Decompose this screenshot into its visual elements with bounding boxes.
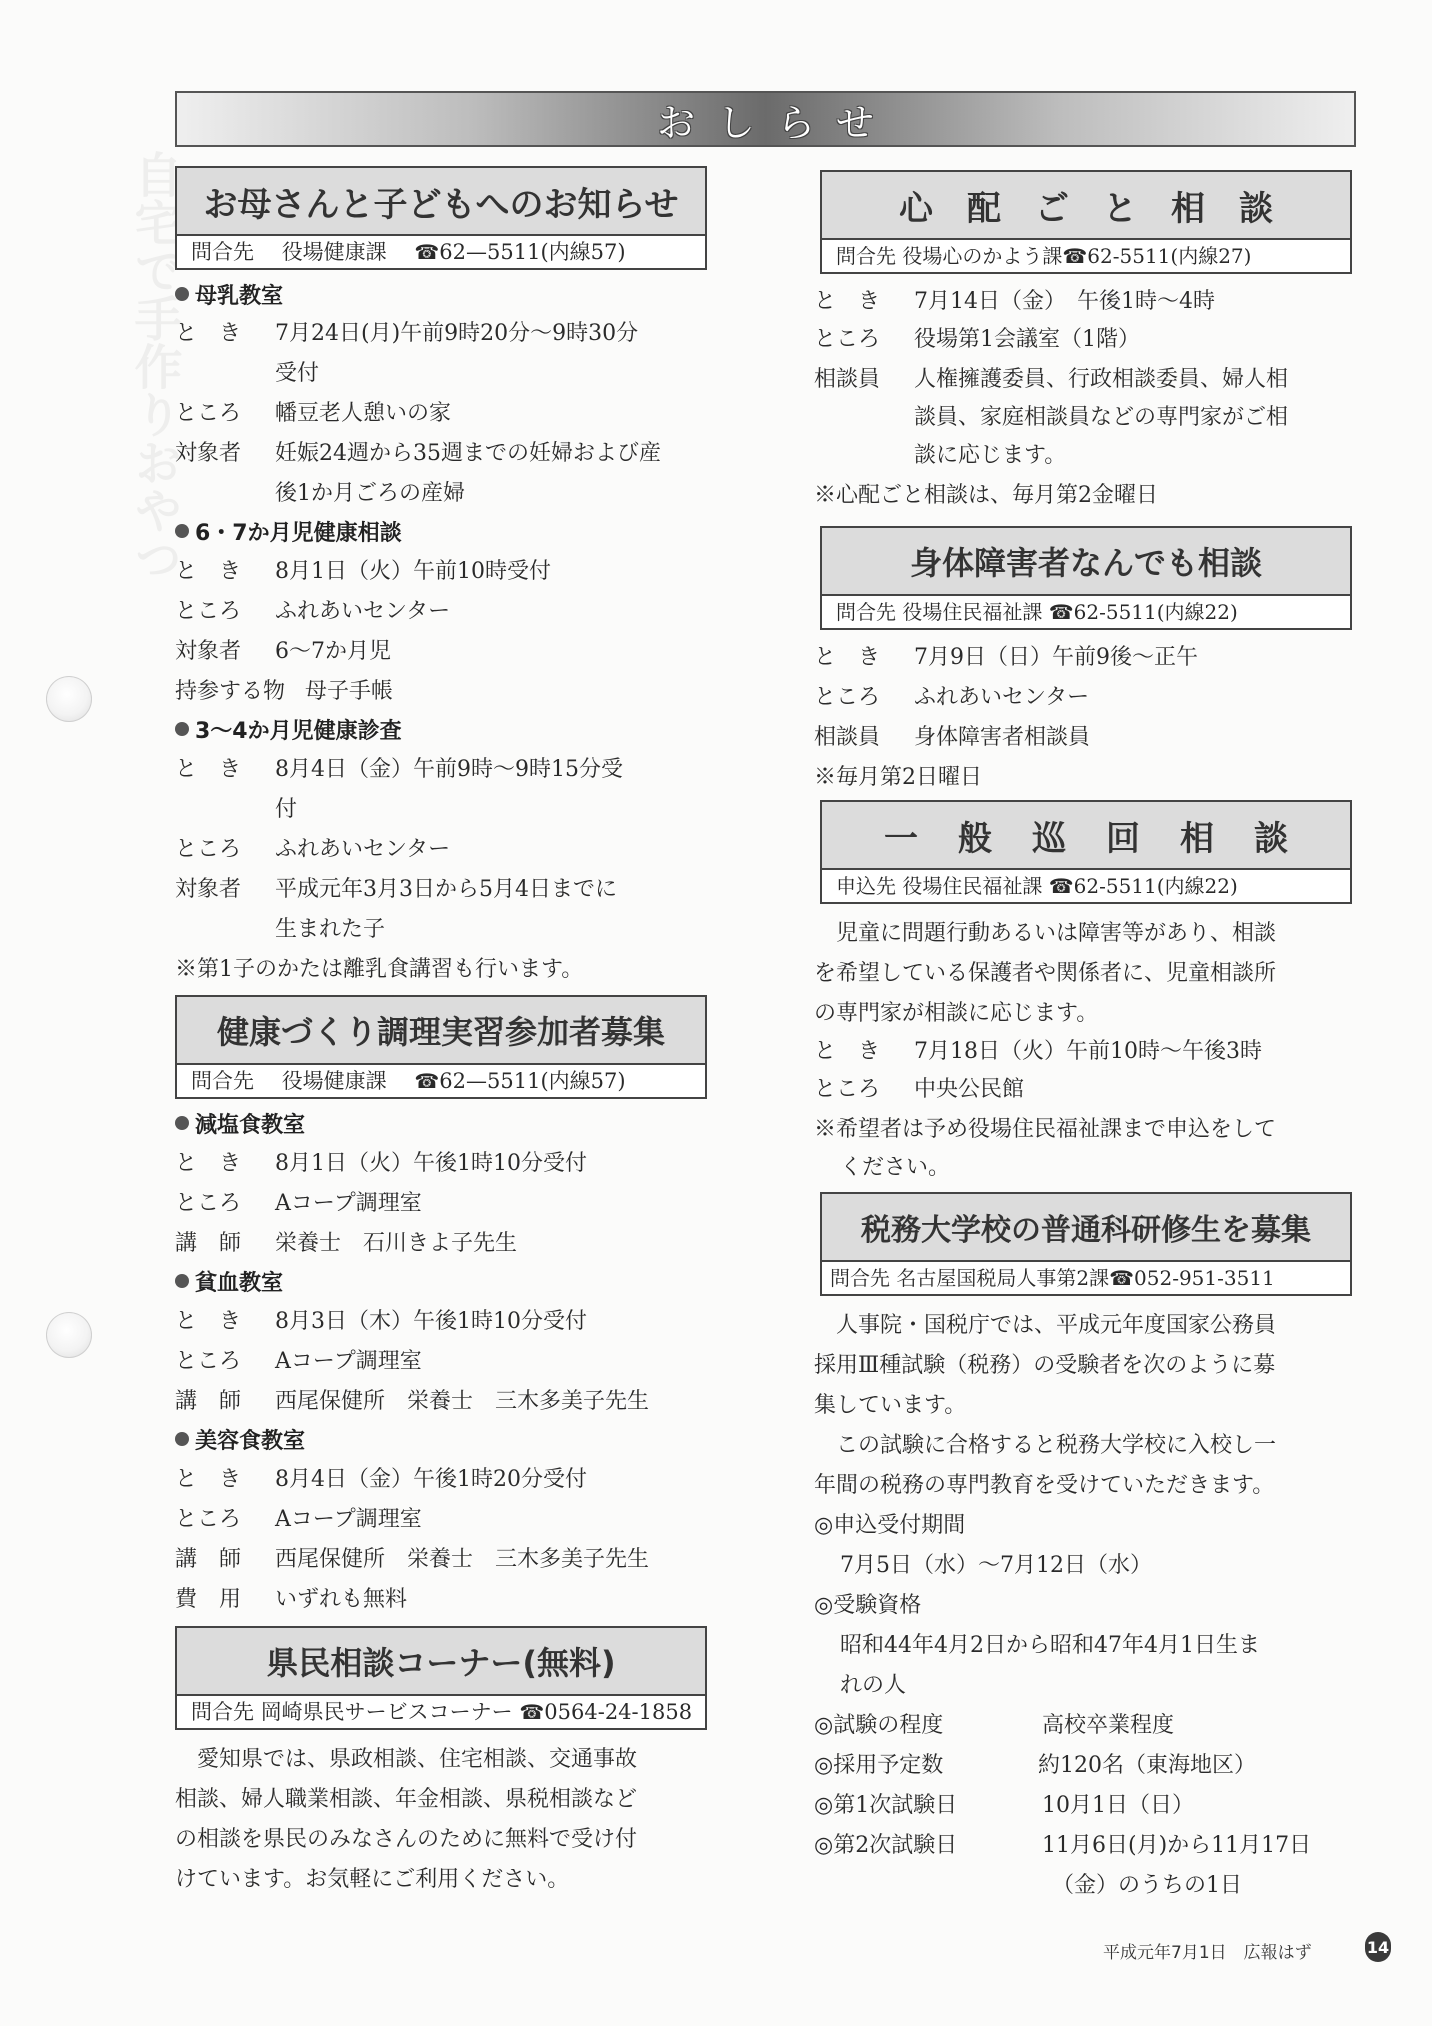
body-text: 集しています。 (814, 1392, 966, 1420)
section-title: お母さんと子どもへのお知らせ (177, 168, 705, 236)
page-number: 14 (1365, 1932, 1391, 1962)
contact-phone: 62-5511(内線27) (1087, 244, 1251, 268)
label: ところ (175, 400, 275, 428)
value: 人権擁護委員、行政相談委員、婦人相 (914, 366, 1288, 394)
contact-label: 申込先 (836, 874, 896, 898)
label: 相談員 (814, 366, 914, 394)
body-text: 児童に問題行動あるいは障害等があり、相談 (814, 920, 1276, 948)
row-when: と き8月3日（木）午後1時10分受付 (175, 1308, 587, 1336)
phone-icon: ☎ (1109, 1266, 1134, 1290)
phone-icon: ☎ (1049, 874, 1074, 898)
row-where: ところAコープ調理室 (175, 1506, 422, 1534)
row-when: と き8月4日（金）午前9時～9時15分受 (175, 756, 623, 784)
body-text: 採用Ⅲ種試験（税務）の受験者を次のように募 (814, 1352, 1275, 1380)
contact-dept: 名古屋国税局人事第2課 (896, 1266, 1109, 1290)
row-where: ところふれあいセンター (175, 836, 450, 864)
row-when: と き7月18日（火）午前10時～午後3時 (814, 1038, 1262, 1066)
label: ところ (814, 684, 914, 712)
value-continued: 談員、家庭相談員などの専門家がご相 (914, 404, 1288, 432)
value: 6～7か月児 (275, 638, 391, 666)
bullet-icon (175, 287, 189, 301)
row-fee: 費 用いずれも無料 (175, 1586, 407, 1614)
label: 講 師 (175, 1230, 275, 1258)
row-where: ところ中央公民館 (814, 1076, 1024, 1104)
value: 身体障害者相談員 (914, 724, 1090, 752)
contact-label: 問合先 (836, 244, 896, 268)
value: いずれも無料 (275, 1586, 407, 1614)
note-continued: ください。 (840, 1154, 950, 1182)
value: Aコープ調理室 (275, 1190, 422, 1218)
label: 対象者 (175, 876, 275, 904)
value: 7月14日（金） 午後1時～4時 (914, 288, 1215, 316)
note: ※第1子のかたは離乳食講習も行います。 (175, 956, 583, 984)
value: Aコープ調理室 (275, 1506, 422, 1534)
value: 約120名（東海地区） (1038, 1753, 1256, 1778)
contact-line: 問合先 役場住民福祉課 ☎62-5511(内線22) (822, 596, 1350, 628)
subheading-label: 貧血教室 (195, 1271, 283, 1296)
subheading-beauty: 美容食教室 (175, 1428, 305, 1456)
body-text: の専門家が相談に応じます。 (814, 1000, 1098, 1028)
value-continued: 談に応じます。 (914, 442, 1066, 470)
label: ◎第2次試験日 (814, 1832, 1042, 1860)
subheading-label: 6・7か月児健康相談 (195, 521, 402, 546)
contact-line: 問合先 役場健康課 ☎62—5511(内線57) (177, 236, 705, 268)
row-target: 対象者妊娠24週から35週までの妊婦および産 (175, 440, 661, 468)
row-bring: 持参する物母子手帳 (175, 678, 393, 706)
label: ところ (814, 1076, 914, 1104)
value: 栄養士 石川きよ子先生 (275, 1230, 517, 1258)
label: ところ (175, 598, 275, 626)
row-exam1: ◎第1次試験日10月1日（日） (814, 1792, 1194, 1820)
subheading-low-salt: 減塩食教室 (175, 1112, 305, 1140)
contact-phone: 62—5511(内線57) (439, 1069, 625, 1093)
item-label: ◎申込受付期間 (814, 1512, 965, 1540)
row-staff: 相談員身体障害者相談員 (814, 724, 1090, 752)
note: ※毎月第2日曜日 (814, 764, 982, 792)
phone-icon: ☎ (1062, 244, 1087, 268)
label: ところ (175, 1190, 275, 1218)
body-text: の相談を県民のみなさんのために無料で受け付 (175, 1826, 637, 1854)
item-label: ◎受験資格 (814, 1592, 921, 1620)
bullet-icon (175, 722, 189, 736)
section-header-disability: 身体障害者なんでも相談 問合先 役場住民福祉課 ☎62-5511(内線22) (820, 526, 1352, 630)
label: 費 用 (175, 1586, 275, 1614)
value: 役場第1会議室（1階） (914, 326, 1140, 354)
label: と き (175, 320, 275, 348)
row-where: ところ役場第1会議室（1階） (814, 326, 1140, 354)
value: 妊娠24週から35週までの妊婦および産 (275, 440, 661, 468)
bullet-icon (175, 524, 189, 538)
row-teacher: 講 師栄養士 石川きよ子先生 (175, 1230, 517, 1258)
section-header-patrol: 一般巡回相談 申込先 役場住民福祉課 ☎62-5511(内線22) (820, 800, 1352, 904)
value: ふれあいセンター (275, 836, 450, 864)
contact-line: 問合先 名古屋国税局人事第2課☎052-951-3511 (822, 1262, 1350, 1294)
value: 高校卒業程度 (1042, 1713, 1174, 1738)
contact-label: 問合先 (836, 600, 896, 624)
contact-dept: 役場住民福祉課 (902, 874, 1042, 898)
value-continued: （金）のうちの1日 (1052, 1872, 1242, 1900)
item-value-continued: れの人 (840, 1672, 906, 1700)
body-text: を希望している保護者や関係者に、児童相談所 (814, 960, 1276, 988)
row-when: と き7月14日（金） 午後1時～4時 (814, 288, 1215, 316)
row-exam2: ◎第2次試験日11月6日(月)から11月17日 (814, 1832, 1311, 1860)
body-text: 年間の税務の専門教育を受けていただきます。 (814, 1472, 1274, 1500)
contact-dept: 役場心のかよう課 (902, 244, 1062, 268)
row-when: と き7月24日(月)午前9時20分～9時30分 (175, 320, 638, 348)
label: 講 師 (175, 1388, 275, 1416)
value-continued: 受付 (275, 360, 319, 388)
section-header-prefecture: 県民相談コーナー(無料) 問合先 岡崎県民サービスコーナー ☎0564-24-1… (175, 1626, 707, 1730)
subheading-label: 3～4か月児健康診査 (195, 719, 402, 744)
label: と き (175, 1466, 275, 1494)
section-header-worry: 心配ごと相談 問合先 役場心のかよう課☎62-5511(内線27) (820, 170, 1352, 274)
value: 7月24日(月)午前9時20分～9時30分 (275, 320, 638, 348)
banner-title: おしらせ (635, 92, 896, 147)
label: ところ (814, 326, 914, 354)
row-when: と き8月4日（金）午後1時20分受付 (175, 1466, 587, 1494)
label: ◎採用予定数 (814, 1752, 1038, 1780)
row-teacher: 講 師西尾保健所 栄養士 三木多美子先生 (175, 1388, 649, 1416)
footer-publication: 平成元年7月1日 広報はず (1103, 1938, 1312, 1963)
subheading-checkup-3-4: 3～4か月児健康診査 (175, 718, 402, 746)
note: ※希望者は予め役場住民福祉課まで申込をして (814, 1116, 1276, 1144)
value: 8月4日（金）午前9時～9時15分受 (275, 756, 623, 784)
section-title: 心配ごと相談 (822, 172, 1350, 240)
subheading-label: 美容食教室 (195, 1429, 305, 1454)
value: 8月4日（金）午後1時20分受付 (275, 1466, 587, 1494)
section-title: 健康づくり調理実習参加者募集 (177, 997, 705, 1065)
value: 7月18日（火）午前10時～午後3時 (914, 1038, 1262, 1066)
contact-phone: 052-951-3511 (1134, 1266, 1275, 1290)
row-teacher: 講 師西尾保健所 栄養士 三木多美子先生 (175, 1546, 649, 1574)
phone-icon: ☎ (1049, 600, 1074, 624)
value: ふれあいセンター (914, 684, 1089, 712)
value: ふれあいセンター (275, 598, 450, 626)
value: 11月6日(月)から11月17日 (1042, 1833, 1311, 1858)
subheading-anemia: 貧血教室 (175, 1270, 283, 1298)
contact-label: 問合先 (191, 240, 254, 264)
subheading-checkup-6-7: 6・7か月児健康相談 (175, 520, 402, 548)
section-title: 県民相談コーナー(無料) (177, 1628, 705, 1696)
contact-dept: 岡崎県民サービスコーナー (261, 1700, 513, 1724)
section-title: 税務大学校の普通科研修生を募集 (822, 1194, 1350, 1262)
value-continued: 後1か月ごろの産婦 (275, 480, 465, 508)
row-where: ところふれあいセンター (175, 598, 450, 626)
value: 幡豆老人憩いの家 (275, 400, 451, 428)
subheading-label: 母乳教室 (195, 284, 283, 309)
row-target: 対象者6～7か月児 (175, 638, 391, 666)
section-header-mother-child: お母さんと子どもへのお知らせ 問合先 役場健康課 ☎62—5511(内線57) (175, 166, 707, 270)
row-when: と き7月9日（日）午前9後～正午 (814, 644, 1198, 672)
label: 対象者 (175, 440, 275, 468)
label: 講 師 (175, 1546, 275, 1574)
label: ところ (175, 836, 275, 864)
value: 10月1日（日） (1042, 1793, 1194, 1818)
value-continued: 生まれた子 (275, 916, 385, 944)
value: 西尾保健所 栄養士 三木多美子先生 (275, 1546, 649, 1574)
label: と き (814, 288, 914, 316)
value: 中央公民館 (914, 1076, 1024, 1104)
label: と き (175, 558, 275, 586)
punch-hole-bottom (46, 1312, 92, 1358)
bullet-icon (175, 1116, 189, 1130)
contact-line: 問合先 岡崎県民サービスコーナー ☎0564-24-1858 (177, 1696, 705, 1728)
section-title: 身体障害者なんでも相談 (822, 528, 1350, 596)
contact-label: 問合先 (191, 1069, 254, 1093)
contact-line: 申込先 役場住民福祉課 ☎62-5511(内線22) (822, 870, 1350, 902)
section-title: 一般巡回相談 (822, 802, 1350, 870)
item-value: 7月5日（水）～7月12日（水） (840, 1552, 1152, 1580)
row-where: ところAコープ調理室 (175, 1348, 422, 1376)
label: と き (175, 1150, 275, 1178)
row-where: ところ幡豆老人憩いの家 (175, 400, 451, 428)
body-text: 愛知県では、県政相談、住宅相談、交通事故 (175, 1746, 637, 1774)
row-when: と き8月1日（火）午後1時10分受付 (175, 1150, 587, 1178)
label: と き (814, 644, 914, 672)
value: Aコープ調理室 (275, 1348, 422, 1376)
contact-phone: 62-5511(内線22) (1074, 600, 1238, 624)
contact-label: 問合先 (830, 1266, 890, 1290)
label: 持参する物 (175, 678, 305, 706)
bullet-icon (175, 1274, 189, 1288)
label: ところ (175, 1506, 275, 1534)
value: 8月3日（木）午後1時10分受付 (275, 1308, 587, 1336)
subheading-breastfeeding: 母乳教室 (175, 283, 283, 311)
bullet-icon (175, 1432, 189, 1446)
row-where: ところふれあいセンター (814, 684, 1089, 712)
contact-phone: 62—5511(内線57) (439, 240, 625, 264)
contact-dept: 役場健康課 (282, 1069, 387, 1093)
row-target: 対象者平成元年3月3日から5月4日までに (175, 876, 617, 904)
value-continued: 付 (275, 796, 297, 824)
contact-dept: 役場住民福祉課 (902, 600, 1042, 624)
label: 対象者 (175, 638, 275, 666)
row-level: ◎試験の程度高校卒業程度 (814, 1712, 1174, 1740)
label: と き (175, 756, 275, 784)
note: ※心配ごと相談は、毎月第2金曜日 (814, 482, 1158, 510)
body-text: けています。お気軽にご利用ください。 (175, 1866, 569, 1894)
section-header-tax-school: 税務大学校の普通科研修生を募集 問合先 名古屋国税局人事第2課☎052-951-… (820, 1192, 1352, 1296)
contact-label: 問合先 (191, 1700, 254, 1724)
value: 母子手帳 (305, 678, 393, 706)
value: 8月1日（火）午後1時10分受付 (275, 1150, 587, 1178)
contact-phone: 62-5511(内線22) (1074, 874, 1238, 898)
contact-line: 問合先 役場健康課 ☎62—5511(内線57) (177, 1065, 705, 1097)
label: 相談員 (814, 724, 914, 752)
row-where: ところAコープ調理室 (175, 1190, 422, 1218)
contact-dept: 役場健康課 (282, 240, 387, 264)
label: と き (814, 1038, 914, 1066)
value: 8月1日（火）午前10時受付 (275, 558, 551, 586)
row-when: と き8月1日（火）午前10時受付 (175, 558, 551, 586)
label: ところ (175, 1348, 275, 1376)
body-text: 人事院・国税庁では、平成元年度国家公務員 (814, 1312, 1276, 1340)
phone-icon: ☎ (414, 1069, 439, 1093)
page-banner: おしらせ (175, 91, 1356, 147)
label: と き (175, 1308, 275, 1336)
item-value: 昭和44年4月2日から昭和47年4月1日生ま (840, 1632, 1260, 1660)
phone-icon: ☎ (519, 1700, 544, 1724)
value: 7月9日（日）午前9後～正午 (914, 644, 1198, 672)
phone-icon: ☎ (414, 240, 439, 264)
label: ◎試験の程度 (814, 1712, 1042, 1740)
row-count: ◎採用予定数約120名（東海地区） (814, 1752, 1256, 1780)
contact-line: 問合先 役場心のかよう課☎62-5511(内線27) (822, 240, 1350, 272)
section-header-cooking: 健康づくり調理実習参加者募集 問合先 役場健康課 ☎62—5511(内線57) (175, 995, 707, 1099)
contact-phone: 0564-24-1858 (544, 1700, 692, 1724)
punch-hole-top (46, 676, 92, 722)
value: 西尾保健所 栄養士 三木多美子先生 (275, 1388, 649, 1416)
body-text: この試験に合格すると税務大学校に入校し一 (814, 1432, 1276, 1460)
body-text: 相談、婦人職業相談、年金相談、県税相談など (175, 1786, 637, 1814)
row-staff: 相談員人権擁護委員、行政相談委員、婦人相 (814, 366, 1288, 394)
label: ◎第1次試験日 (814, 1792, 1042, 1820)
subheading-label: 減塩食教室 (195, 1113, 305, 1138)
value: 平成元年3月3日から5月4日までに (275, 876, 617, 904)
